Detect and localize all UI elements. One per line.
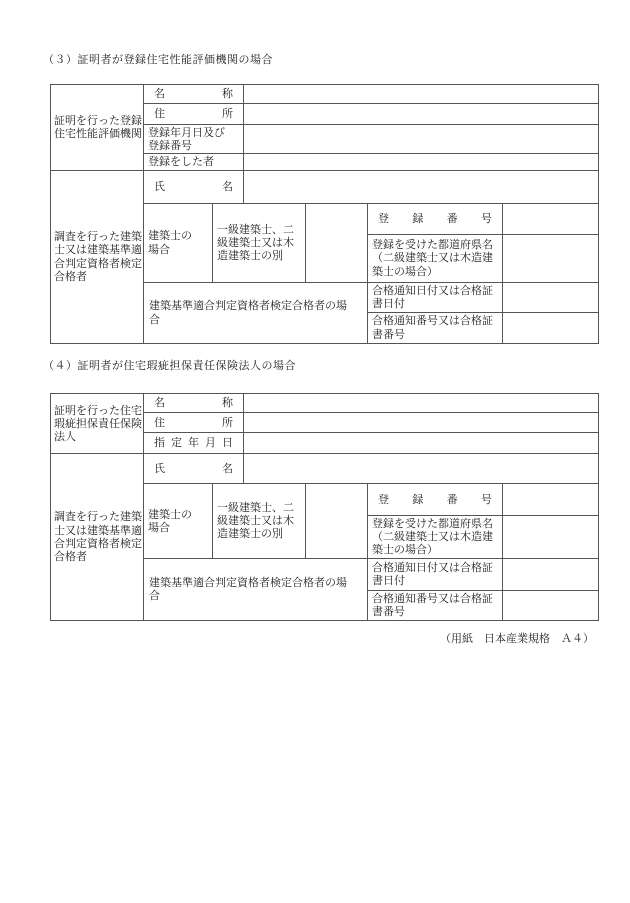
person-name-label: 氏名 bbox=[154, 180, 233, 193]
person-name-value-cell bbox=[244, 170, 599, 203]
pass-number-label: 合格通知番号又は合格証書番号 bbox=[368, 312, 503, 343]
section-3-heading: （３）証明者が登録住宅性能評価機関の場合 bbox=[43, 51, 273, 67]
architect-case-label: 建築士の 場合 bbox=[144, 484, 213, 559]
pass-date-label: 合格通知日付又は合格証書日付 bbox=[368, 282, 503, 312]
pass-number-value-cell bbox=[503, 312, 599, 343]
address-label: 住所 bbox=[154, 107, 233, 120]
name-value-cell bbox=[244, 85, 599, 104]
reg-number-value-cell bbox=[503, 484, 599, 516]
designation-date-label-cell: 指定年月日 bbox=[144, 433, 244, 454]
name-label: 名称 bbox=[154, 396, 233, 409]
reg-number-value-cell bbox=[503, 203, 599, 234]
address-label-cell: 住所 bbox=[144, 104, 244, 125]
certifier-group-label: 証明を行った登録住宅性能評価機関 bbox=[51, 85, 144, 171]
paper-size-note: （用紙 日本産業規格 Ａ４） bbox=[440, 630, 594, 646]
registration-date-number-value-cell bbox=[244, 125, 599, 154]
certifier-group-label: 証明を行った住宅瑕疵担保責任保険法人 bbox=[51, 394, 144, 454]
examinee-case-label: 建築基準適合判定資格者検定合格者の場合 bbox=[144, 282, 368, 343]
registrar-label: 登録をした者 bbox=[144, 154, 244, 170]
prefecture-label: 登録を受けた都道府県名（二級建築士又は木造建築士の場合） bbox=[368, 234, 503, 282]
investigator-group-label: 調査を行った建築士又は建築基準適合判定資格者検定合格者 bbox=[51, 454, 144, 621]
pass-date-value-cell bbox=[503, 558, 599, 590]
designation-date-value-cell bbox=[244, 433, 599, 454]
reg-number-label-cell: 登録番号 bbox=[368, 203, 503, 234]
person-name-label-cell: 氏名 bbox=[144, 454, 244, 484]
address-label-cell: 住所 bbox=[144, 413, 244, 433]
designation-date-label: 指定年月日 bbox=[154, 436, 233, 449]
pass-number-value-cell bbox=[503, 590, 599, 620]
person-name-value-cell bbox=[244, 454, 599, 484]
architect-type-value-cell bbox=[306, 203, 368, 282]
address-value-cell bbox=[244, 104, 599, 125]
prefecture-label: 登録を受けた都道府県名（二級建築士又は木造建築士の場合） bbox=[368, 516, 503, 559]
pass-date-value-cell bbox=[503, 282, 599, 312]
pass-number-label: 合格通知番号又は合格証書番号 bbox=[368, 590, 503, 620]
address-value-cell bbox=[244, 413, 599, 433]
pass-date-label: 合格通知日付又は合格証書日付 bbox=[368, 558, 503, 590]
reg-number-label: 登録番号 bbox=[378, 212, 492, 225]
evaluation-body-table: 証明を行った登録住宅性能評価機関 名称 住所 登録年月日及び 登録番号 登録をし… bbox=[50, 84, 599, 344]
name-label-cell: 名称 bbox=[144, 85, 244, 104]
examinee-case-label: 建築基準適合判定資格者検定合格者の場合 bbox=[144, 558, 368, 620]
registration-date-number-label: 登録年月日及び 登録番号 bbox=[144, 125, 244, 154]
architect-type-label: 一級建築士、二級建築士又は木造建築士の別 bbox=[213, 484, 306, 559]
name-label-cell: 名称 bbox=[144, 394, 244, 413]
person-name-label-cell: 氏名 bbox=[144, 170, 244, 203]
insurance-body-table: 証明を行った住宅瑕疵担保責任保険法人 名称 住所 指定年月日 調査を行った建築士… bbox=[50, 393, 599, 621]
reg-number-label: 登録番号 bbox=[378, 493, 492, 506]
prefecture-value-cell bbox=[503, 234, 599, 282]
architect-type-label: 一級建築士、二級建築士又は木造建築士の別 bbox=[213, 203, 306, 282]
reg-number-label-cell: 登録番号 bbox=[368, 484, 503, 516]
architect-type-value-cell bbox=[306, 484, 368, 559]
person-name-label: 氏名 bbox=[154, 462, 233, 475]
document-page: （３）証明者が登録住宅性能評価機関の場合 証明を行った登録住宅性能評価機関 名称… bbox=[0, 0, 630, 903]
investigator-group-label: 調査を行った建築士又は建築基準適合判定資格者検定合格者 bbox=[51, 170, 144, 343]
prefecture-value-cell bbox=[503, 516, 599, 559]
name-value-cell bbox=[244, 394, 599, 413]
address-label: 住所 bbox=[154, 416, 233, 429]
name-label: 名称 bbox=[154, 87, 233, 100]
section-4-heading: （４）証明者が住宅瑕疵担保責任保険法人の場合 bbox=[43, 357, 296, 373]
registrar-value-cell bbox=[244, 154, 599, 170]
architect-case-label: 建築士の 場合 bbox=[144, 203, 213, 282]
